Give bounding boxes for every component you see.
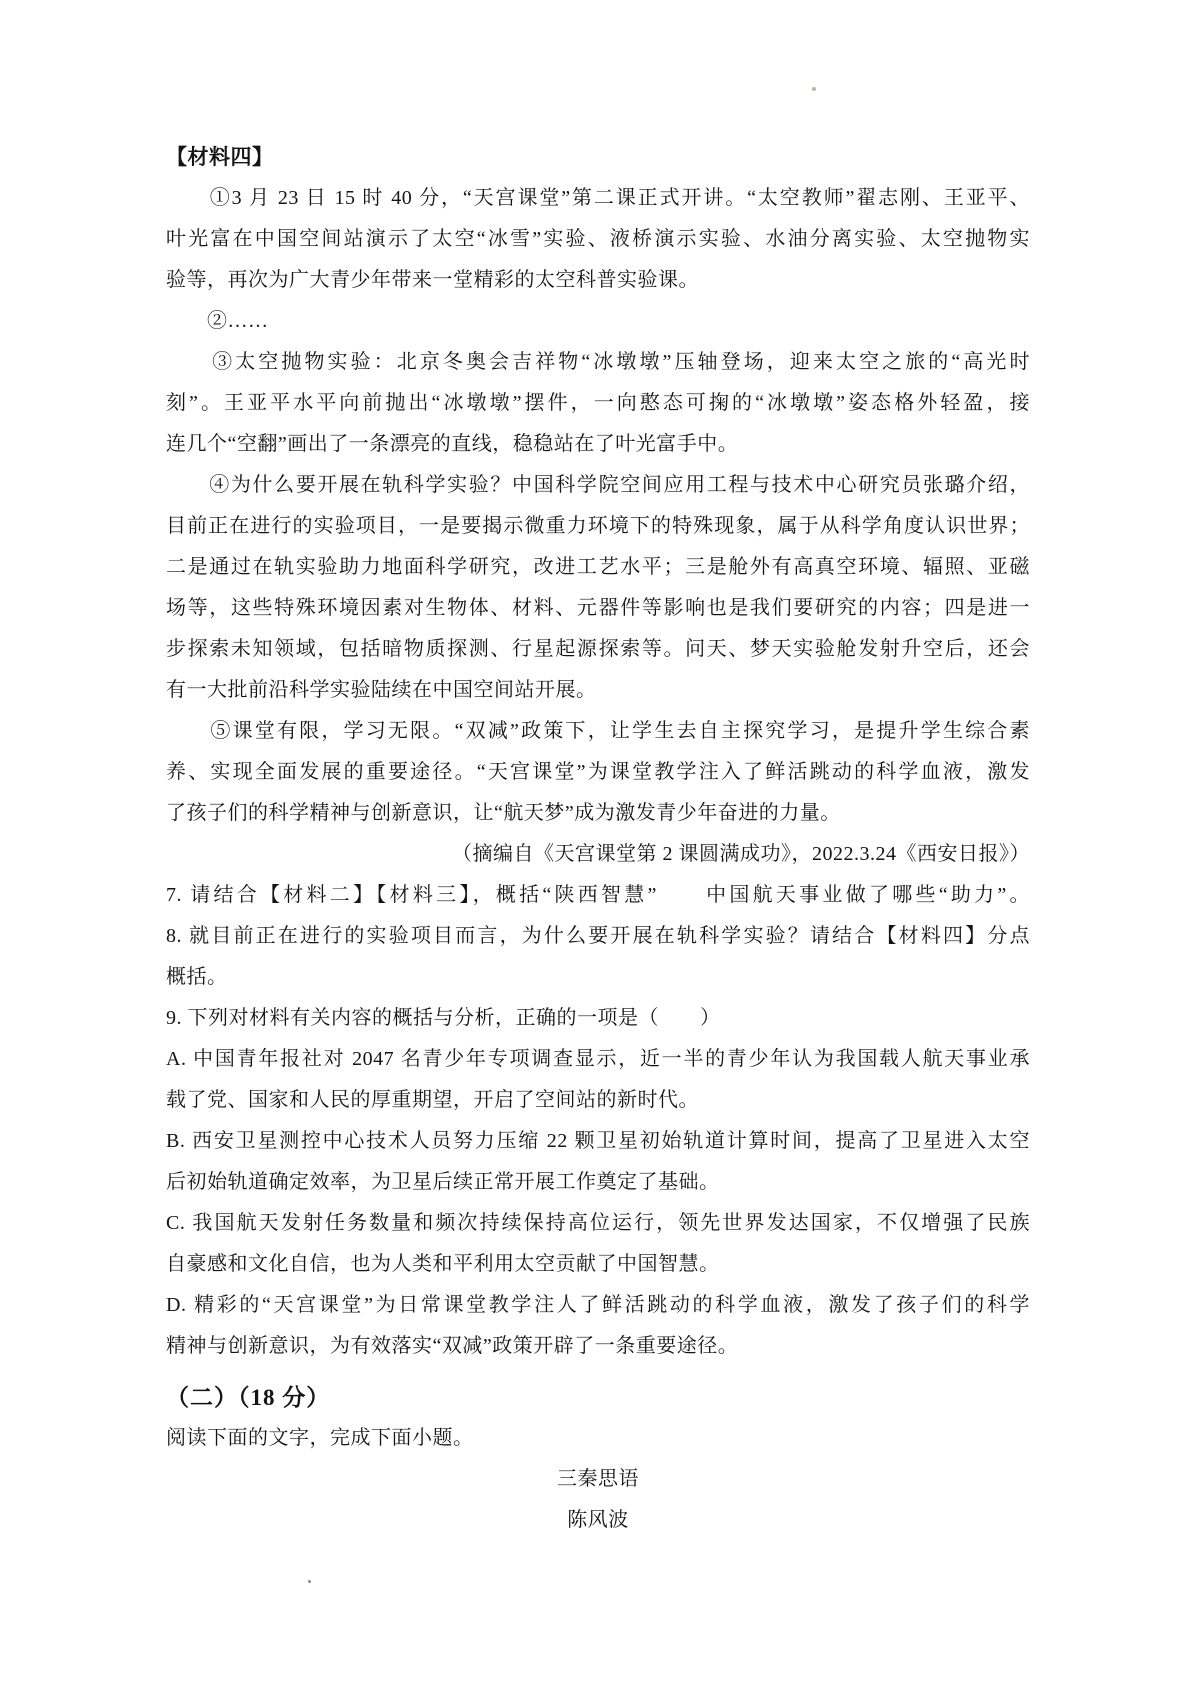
para2-line1: ②…… xyxy=(166,301,1030,342)
para1-line1: ①3 月 23 日 15 时 40 分，“天宫课堂”第二课正式开讲。“太空教师”… xyxy=(166,178,1030,219)
question7: 7. 请结合【材料二】【材料三】，概括“陕西智慧” 中国航天事业做了哪些“助力”… xyxy=(166,875,1030,916)
optionC-line1: C. 我国航天发射任务数量和频次持续保持高位运行，领先世界发达国家，不仅增强了民… xyxy=(166,1203,1030,1244)
para1-line2: 叶光富在中国空间站演示了太空“冰雪”实验、液桥演示实验、水油分离实验、太空抛物实 xyxy=(166,219,1030,260)
para5-line2: 养、实现全面发展的重要途径。“天宫课堂”为课堂教学注入了鲜活跳动的科学血液，激发 xyxy=(166,752,1030,793)
para4-line1: ④为什么要开展在轨科学实验？中国科学院空间应用工程与技术中心研究员张璐介绍， xyxy=(166,465,1030,506)
section2-heading: （二）（18 分） xyxy=(166,1377,1030,1418)
optionA-line1: A. 中国青年报社对 2047 名青少年专项调查显示，近一半的青少年认为我国载人… xyxy=(166,1039,1030,1080)
optionB-line1: B. 西安卫星测控中心技术人员努力压缩 22 颗卫星初始轨道计算时间，提高了卫星… xyxy=(166,1121,1030,1162)
optionB-line2: 后初始轨道确定效率，为卫星后续正常开展工作奠定了基础。 xyxy=(166,1162,1030,1203)
para4-line5: 步探索未知领域，包括暗物质探测、行星起源探索等。问天、梦天实验舱发射升空后，还会 xyxy=(166,629,1030,670)
para3-line2: 刻”。王亚平水平向前抛出“冰墩墩”摆件，一向憨态可掬的“冰墩墩”姿态格外轻盈，接 xyxy=(166,383,1030,424)
para3-line1: ③太空抛物实验：北京冬奥会吉祥物“冰墩墩”压轴登场，迎来太空之旅的“高光时 xyxy=(166,342,1030,383)
para1-line3: 验等，再次为广大青少年带来一堂精彩的太空科普实验课。 xyxy=(166,260,1030,301)
para4-line6: 有一大批前沿科学实验陆续在中国空间站开展。 xyxy=(166,670,1030,711)
question8-line2: 概括。 xyxy=(166,957,1030,998)
para5-line1: ⑤课堂有限，学习无限。“双减”政策下，让学生去自主探究学习，是提升学生综合素 xyxy=(166,711,1030,752)
essay-author: 陈风波 xyxy=(166,1500,1030,1541)
para4-line3: 二是通过在轨实验助力地面科学研究，改进工艺水平；三是舱外有高真空环境、辐照、亚磁 xyxy=(166,547,1030,588)
reading-instruction: 阅读下面的文字，完成下面小题。 xyxy=(166,1418,1030,1459)
para3-line3: 连几个“空翻”画出了一条漂亮的直线，稳稳站在了叶光富手中。 xyxy=(166,424,1030,465)
question9: 9. 下列对材料有关内容的概括与分析，正确的一项是（ ） xyxy=(166,998,1030,1039)
material4-heading: 【材料四】 xyxy=(166,137,1030,178)
para4-line4: 场等，这些特殊环境因素对生物体、材料、元器件等影响也是我们要研究的内容；四是进一 xyxy=(166,588,1030,629)
optionD-line2: 精神与创新意识，为有效落实“双减”政策开辟了一条重要途径。 xyxy=(166,1326,1030,1367)
essay-title: 三秦思语 xyxy=(166,1459,1030,1500)
scan-artifact-dot-top xyxy=(812,87,816,91)
optionD-line1: D. 精彩的“天宫课堂”为日常课堂教学注人了鲜活跳动的科学血液，激发了孩子们的科… xyxy=(166,1285,1030,1326)
para5-line3: 了孩子们的科学精神与创新意识，让“航天梦”成为激发青少年奋进的力量。 xyxy=(166,793,1030,834)
source-attribution: （摘编自《天宫课堂第 2 课圆满成功》，2022.3.24《西安日报》） xyxy=(166,834,1030,875)
document-page: 【材料四】 ①3 月 23 日 15 时 40 分，“天宫课堂”第二课正式开讲。… xyxy=(0,0,1200,1698)
optionA-line2: 载了党、国家和人民的厚重期望，开启了空间站的新时代。 xyxy=(166,1080,1030,1121)
question8-line1: 8. 就目前正在进行的实验项目而言，为什么要开展在轨科学实验？请结合【材料四】分… xyxy=(166,916,1030,957)
scan-artifact-dot-bottom xyxy=(308,1580,311,1583)
para4-line2: 目前正在进行的实验项目，一是要揭示微重力环境下的特殊现象，属于从科学角度认识世界… xyxy=(166,506,1030,547)
document-content: 【材料四】 ①3 月 23 日 15 时 40 分，“天宫课堂”第二课正式开讲。… xyxy=(166,137,1030,1541)
optionC-line2: 自豪感和文化自信，也为人类和平利用太空贡献了中国智慧。 xyxy=(166,1244,1030,1285)
